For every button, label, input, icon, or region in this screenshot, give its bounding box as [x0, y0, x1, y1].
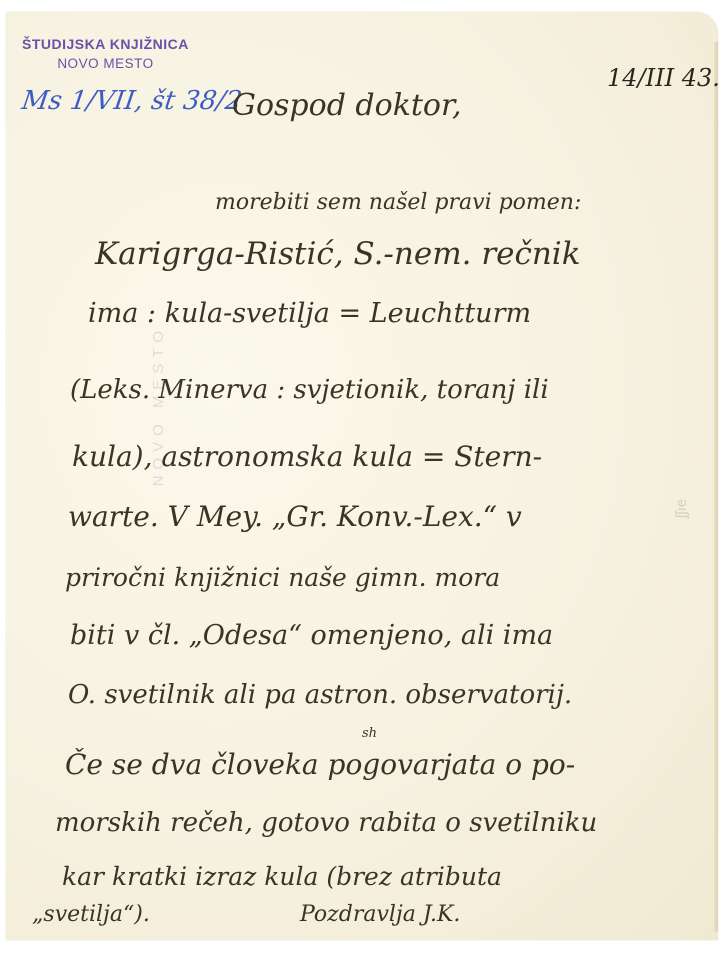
text-line-2: Karigrga-Ristić, S.-nem. rečnik	[95, 236, 581, 272]
library-stamp: ŠTUDIJSKA KNJIŽNICA NOVO MESTO	[22, 34, 189, 74]
letter-date: 14/III 43.	[607, 64, 720, 92]
text-line-3: ima : kula-svetilja = Leuchtturm	[88, 298, 531, 329]
text-line-7: priročni knjižnici naše gimn. mora	[65, 563, 500, 592]
stamp-line-2: NOVO MESTO	[22, 54, 189, 74]
text-line-1: morebiti sem našel pravi pomen:	[215, 190, 581, 215]
text-line-12: kar kratki izraz kula (brez atributa	[62, 862, 502, 891]
stamp-line-1: ŠTUDIJSKA KNJIŽNICA	[22, 34, 189, 54]
insertion-mark: sh	[362, 726, 377, 741]
edge-watermark: ʃʃıe	[673, 499, 690, 518]
text-line-4: (Leks. Minerva : svjetionik, toranj ili	[70, 375, 549, 405]
text-line-9: O. svetilnik ali pa astron. observatorij…	[68, 680, 572, 710]
text-line-5: kula), astronomska kula = Stern-	[72, 440, 542, 473]
shelf-mark: Ms 1/VII, št 38/2	[20, 86, 244, 116]
letter-paper	[6, 12, 718, 940]
text-line-11: morskih rečeh, gotovo rabita o svetilnik…	[55, 808, 597, 838]
text-line-8: biti v čl. „Odesa“ omenjeno, ali ima	[70, 620, 553, 651]
text-line-13: „svetilja“).	[32, 902, 150, 927]
signature: Pozdravlja J.K.	[300, 902, 460, 927]
text-line-6: warte. V Mey. „Gr. Konv.-Lex.“ v	[68, 500, 522, 533]
salutation: Gospod doktor,	[232, 88, 462, 123]
text-line-10: Če se dva človeka pogovarjata o po-	[65, 748, 575, 781]
